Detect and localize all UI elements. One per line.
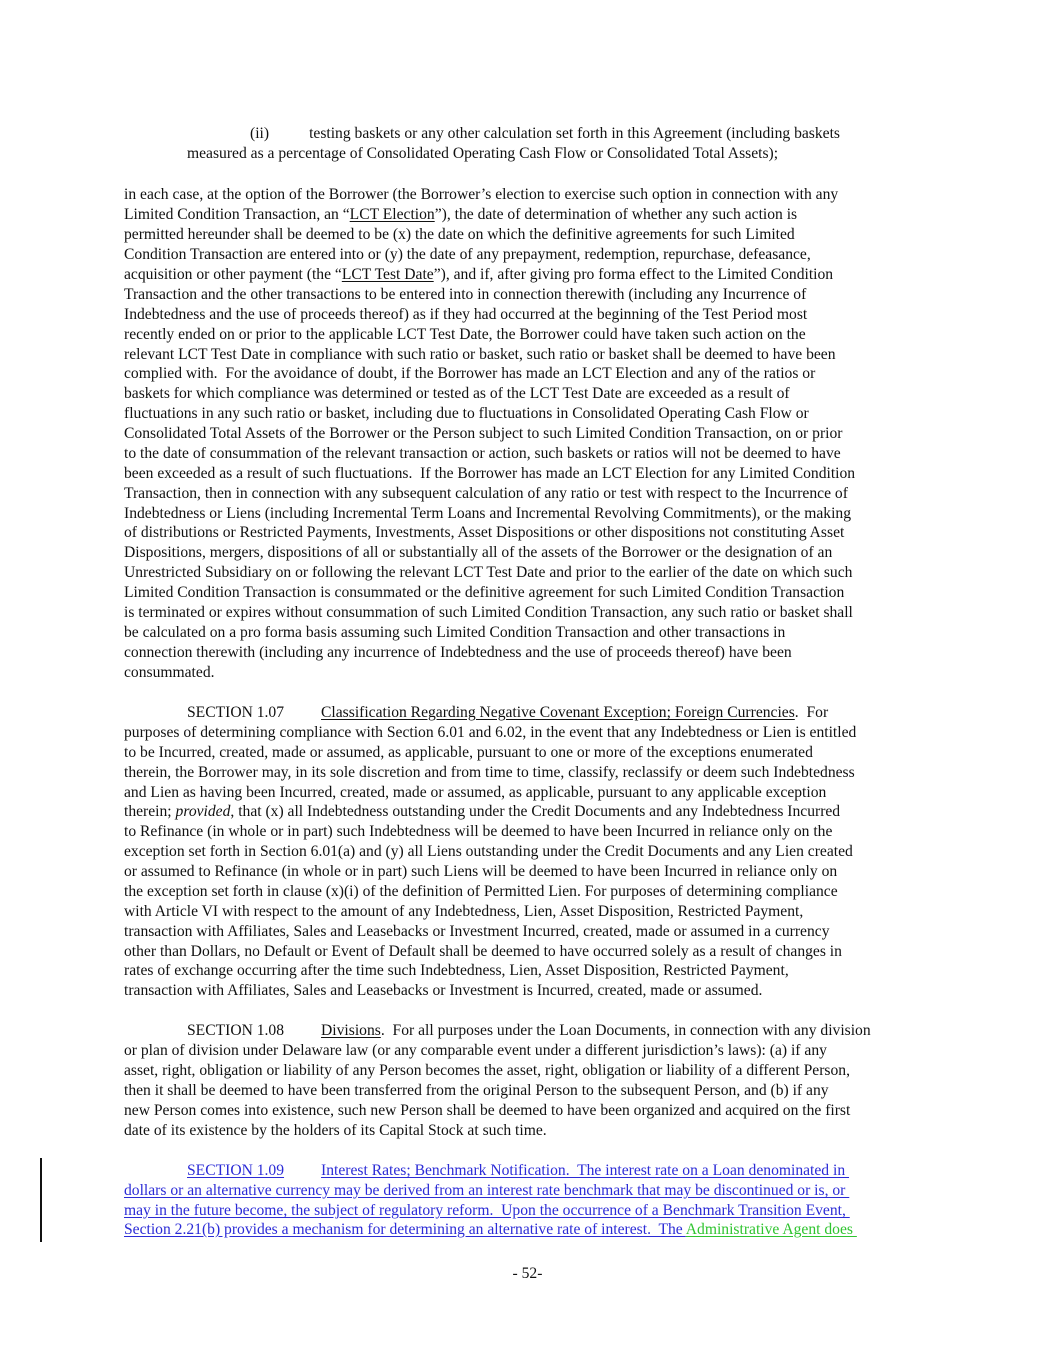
section-1-07-line: rates of exchange occurring after the ti…	[124, 961, 789, 981]
lct-paragraph-line: Transaction and the other transactions t…	[124, 285, 806, 305]
lct-paragraph-line: been exceeded as a result of such fluctu…	[124, 464, 855, 484]
lct-paragraph-line: in each case, at the option of the Borro…	[124, 185, 838, 205]
section-1-07-line: the exception set forth in clause (x)(i)…	[124, 882, 838, 902]
section-1-08-line: date of its existence by the holders of …	[124, 1121, 547, 1141]
lct-paragraph-line: recently ended on or prior to the applic…	[124, 325, 806, 345]
document-page: (ii)testing baskets or any other calcula…	[0, 0, 1055, 1365]
lct-paragraph-line: Condition Transaction are entered into o…	[124, 245, 811, 265]
section-1-08-heading-line: SECTION 1.08Divisions. For all purposes …	[187, 1021, 871, 1041]
lct-paragraph-line: Limited Condition Transaction is consumm…	[124, 583, 844, 603]
section-1-07-line: and Lien as having been Incurred, create…	[124, 783, 826, 803]
lct-paragraph-line: Consolidated Total Assets of the Borrowe…	[124, 424, 842, 444]
section-1-07-line: other than Dollars, no Default or Event …	[124, 942, 842, 962]
lct-paragraph-line: acquisition or other payment (the “LCT T…	[124, 265, 833, 285]
section-1-08-line: then it shall be deemed to have been tra…	[124, 1081, 829, 1101]
lct-paragraph-line: baskets for which compliance was determi…	[124, 384, 790, 404]
section-title: Divisions	[321, 1022, 381, 1039]
revision-change-bar	[40, 1158, 42, 1242]
section-1-07-line: to be Incurred, created, made or assumed…	[124, 743, 813, 763]
section-number: SECTION 1.09	[187, 1162, 284, 1179]
lct-paragraph-line: Unrestricted Subsidiary on or following …	[124, 563, 852, 583]
lct-paragraph-line: is terminated or expires without consumm…	[124, 603, 853, 623]
section-1-07-line: therein; provided, that (x) all Indebted…	[124, 802, 840, 822]
clause-ii-line-1: (ii)testing baskets or any other calcula…	[250, 124, 840, 144]
clause-ii-line-2: measured as a percentage of Consolidated…	[187, 144, 778, 164]
section-1-08-line: or plan of division under Delaware law (…	[124, 1041, 827, 1061]
section-1-07-line: exception set forth in Section 6.01(a) a…	[124, 842, 853, 862]
lct-paragraph-line: Indebtedness or Liens (including Increme…	[124, 504, 851, 524]
section-1-07-line: transaction with Affiliates, Sales and L…	[124, 981, 762, 1001]
section-1-09-line: dollars or an alternative currency may b…	[124, 1181, 849, 1201]
section-1-07-line: purposes of determining compliance with …	[124, 723, 856, 743]
lct-paragraph-line: fluctuations in any such ratio or basket…	[124, 404, 809, 424]
section-1-07-heading-line: SECTION 1.07Classification Regarding Neg…	[187, 703, 828, 723]
lct-paragraph-line: to the date of consummation of the relev…	[124, 444, 841, 464]
lct-paragraph-line: Transaction, then in connection with any…	[124, 484, 848, 504]
section-number: SECTION 1.07	[187, 704, 284, 721]
lct-paragraph-line: be calculated on a pro forma basis assum…	[124, 623, 785, 643]
lct-paragraph-line: connection therewith (including any incu…	[124, 643, 792, 663]
section-1-08-line: new Person comes into existence, such ne…	[124, 1101, 850, 1121]
lct-paragraph-line: permitted hereunder shall be deemed to b…	[124, 225, 795, 245]
lct-paragraph-line: Dispositions, mergers, dispositions of a…	[124, 543, 832, 563]
lct-paragraph-line: of distributions or Restricted Payments,…	[124, 523, 844, 543]
section-1-09-line: may in the future become, the subject of…	[124, 1201, 850, 1221]
section-1-07-line: with Article VI with respect to the amou…	[124, 902, 803, 922]
section-1-07-line: to Refinance (in whole or in part) such …	[124, 822, 832, 842]
lct-paragraph-line: relevant LCT Test Date in compliance wit…	[124, 345, 836, 365]
section-title: Classification Regarding Negative Covena…	[321, 704, 795, 721]
defined-term-lct-test-date: LCT Test Date	[342, 266, 434, 283]
section-1-08-line: asset, right, obligation or liability of…	[124, 1061, 850, 1081]
lct-paragraph-line: Indebtedness and the use of proceeds the…	[124, 305, 807, 325]
section-1-07-line: transaction with Affiliates, Sales and L…	[124, 922, 830, 942]
page-number: - 52-	[0, 1264, 1055, 1284]
section-1-07-line: therein, the Borrower may, in its sole d…	[124, 763, 855, 783]
lct-paragraph-line: Limited Condition Transaction, an “LCT E…	[124, 205, 797, 225]
section-1-09-heading-line: SECTION 1.09Interest Rates; Benchmark No…	[187, 1161, 849, 1181]
italic-provided: provided	[176, 803, 231, 820]
moved-text-green: Administrative Agent does	[686, 1221, 857, 1238]
section-1-09-line: Section 2.21(b) provides a mechanism for…	[124, 1220, 857, 1240]
defined-term-lct-election: LCT Election	[350, 206, 435, 223]
section-1-07-line: or assumed to Refinance (in whole or in …	[124, 862, 837, 882]
section-number: SECTION 1.08	[187, 1022, 284, 1039]
lct-paragraph-line: complied with. For the avoidance of doub…	[124, 364, 815, 384]
lct-paragraph-line: consummated.	[124, 663, 215, 683]
clause-ii-label: (ii)	[250, 125, 269, 142]
